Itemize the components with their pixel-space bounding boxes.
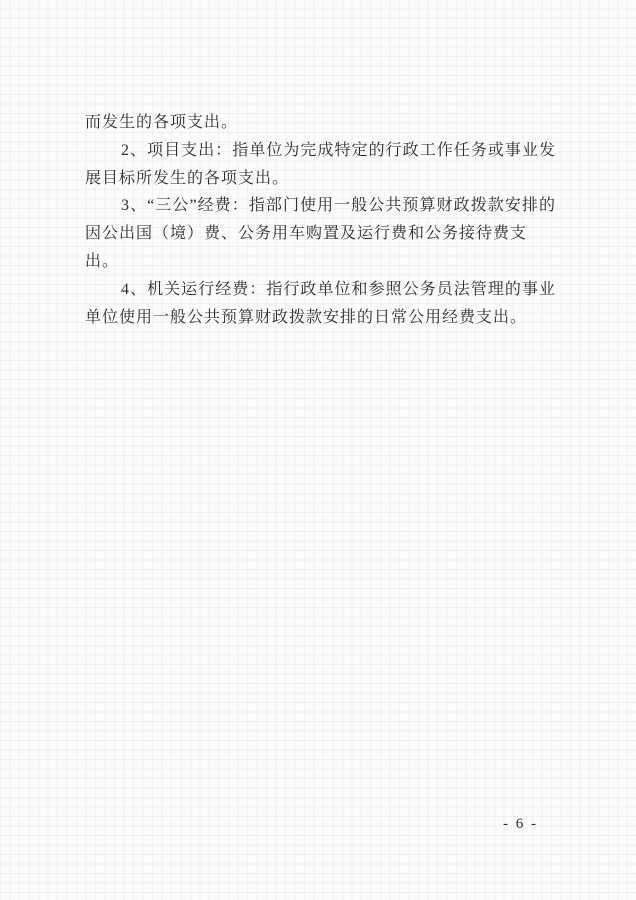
paragraph: 而发生的各项支出。: [85, 109, 555, 137]
text-line: 而发生的各项支出。: [85, 109, 555, 137]
document-body: 而发生的各项支出。2、项目支出：指单位为完成特定的行政工作任务或事业发展目标所发…: [85, 109, 555, 331]
paragraph: 2、项目支出：指单位为完成特定的行政工作任务或事业发展目标所发生的各项支出。: [85, 137, 555, 193]
paragraph: 3、“三公”经费：指部门使用一般公共预算财政拨款安排的因公出国（境）费、公务用车…: [85, 192, 555, 275]
document-page: 而发生的各项支出。2、项目支出：指单位为完成特定的行政工作任务或事业发展目标所发…: [0, 0, 636, 900]
page-number: - 6 -: [503, 816, 538, 833]
text-line: 3、“三公”经费：指部门使用一般公共预算财政拨款安排的: [85, 192, 555, 220]
text-line: 2、项目支出：指单位为完成特定的行政工作任务或事业发: [85, 137, 555, 165]
text-line: 4、机关运行经费：指行政单位和参照公务员法管理的事业: [85, 276, 555, 304]
text-line: 单位使用一般公共预算财政拨款安排的日常公用经费支出。: [85, 304, 555, 332]
text-line: 因公出国（境）费、公务用车购置及运行费和公务接待费支出。: [85, 220, 555, 276]
text-line: 展目标所发生的各项支出。: [85, 165, 555, 193]
paragraph: 4、机关运行经费：指行政单位和参照公务员法管理的事业单位使用一般公共预算财政拨款…: [85, 276, 555, 332]
